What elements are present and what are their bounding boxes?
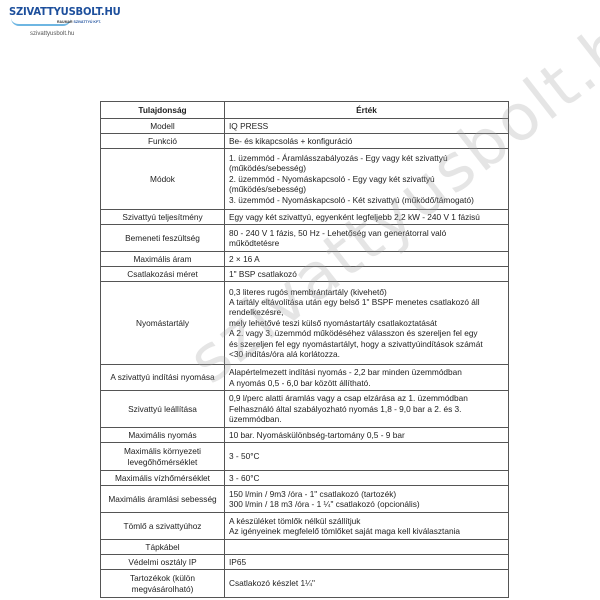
- property-line: Tápkábel: [105, 542, 220, 552]
- table-row: Maximális nyomás10 bar. Nyomáskülönbség-…: [101, 428, 509, 443]
- property-cell: Szivattyú teljesítmény: [101, 210, 225, 225]
- specification-table: Tulajdonság Érték ModellIQ PRESSFunkcióB…: [100, 101, 509, 598]
- table-row: Maximális áramlási sebesség150 l/min / 9…: [101, 486, 509, 513]
- property-line: Maximális áram: [105, 254, 220, 264]
- value-line: 3 - 50°C: [229, 451, 504, 461]
- value-line: Felhasználó által szabályozható nyomás 1…: [229, 404, 504, 414]
- value-cell: Alapértelmezett indítási nyomás - 2,2 ba…: [225, 365, 509, 391]
- property-line: Tartozékok (külön: [105, 573, 220, 583]
- table-row: FunkcióBe- és kikapcsolás + konfiguráció: [101, 134, 509, 149]
- value-line: A készüléket tömlők nélkül szállítjuk: [229, 516, 504, 526]
- value-line: 2. üzemmód - Nyomáskapcsoló - Egy vagy k…: [229, 174, 504, 184]
- value-line: Be- és kikapcsolás + konfiguráció: [229, 136, 504, 146]
- property-cell: Modell: [101, 119, 225, 134]
- table-row: ModellIQ PRESS: [101, 119, 509, 134]
- value-line: 80 - 240 V 1 fázis, 50 Hz - Lehetőség va…: [229, 228, 504, 238]
- table-body: ModellIQ PRESSFunkcióBe- és kikapcsolás …: [101, 119, 509, 598]
- value-line: <30 indítás/óra alá korlátozza.: [229, 349, 504, 359]
- property-cell: Bemeneti feszültség: [101, 225, 225, 252]
- logo-subtitle: RAUMAR SZIVATTYÚ KFT.: [57, 20, 101, 24]
- table-row: A szivattyú indítási nyomásaAlapértelmez…: [101, 365, 509, 391]
- value-cell: 0,9 l/perc alatti áramlás vagy a csap el…: [225, 391, 509, 428]
- property-line: Maximális környezeti: [105, 446, 220, 456]
- table-header-row: Tulajdonság Érték: [101, 102, 509, 119]
- property-cell: Maximális vízhőmérséklet: [101, 471, 225, 486]
- property-cell: Szivattyú leállítása: [101, 391, 225, 428]
- value-line: 2 × 16 A: [229, 254, 504, 264]
- value-line: 1. üzemmód - Áramlásszabályozás - Egy va…: [229, 153, 504, 163]
- value-cell: Be- és kikapcsolás + konfiguráció: [225, 134, 509, 149]
- property-line: Bemeneti feszültség: [105, 233, 220, 243]
- property-line: Funkció: [105, 136, 220, 146]
- value-line: 150 l/min / 9m3 /óra - 1" csatlakozó (ta…: [229, 489, 504, 499]
- value-line: és szereljen fel egy nyomástartályt, hog…: [229, 339, 504, 349]
- property-line: megvásárolható): [105, 584, 220, 594]
- table-row: Csatlakozási méret1" BSP csatlakozó: [101, 267, 509, 282]
- value-cell: 150 l/min / 9m3 /óra - 1" csatlakozó (ta…: [225, 486, 509, 513]
- value-cell: 80 - 240 V 1 fázis, 50 Hz - Lehetőség va…: [225, 225, 509, 252]
- value-line: üzemmódban.: [229, 414, 504, 424]
- property-cell: Védelmi osztály IP: [101, 555, 225, 570]
- property-line: Modell: [105, 121, 220, 131]
- value-line: Az igényeinek megfelelő tömlőket saját m…: [229, 526, 504, 536]
- table-row: Tartozékok (különmegvásárolható)Csatlako…: [101, 570, 509, 598]
- value-line: 0,9 l/perc alatti áramlás vagy a csap el…: [229, 393, 504, 403]
- site-logo[interactable]: SZIVATTYUSBOLT.HU RAUMAR SZIVATTYÚ KFT.: [9, 6, 101, 28]
- property-line: Védelmi osztály IP: [105, 557, 220, 567]
- value-cell: 2 × 16 A: [225, 252, 509, 267]
- table-row: Védelmi osztály IPIP65: [101, 555, 509, 570]
- property-cell: Maximális nyomás: [101, 428, 225, 443]
- property-cell: Maximális áramlási sebesség: [101, 486, 225, 513]
- value-cell: 3 - 50°C: [225, 443, 509, 471]
- value-cell: 10 bar. Nyomáskülönbség-tartomány 0,5 - …: [225, 428, 509, 443]
- column-header-value: Érték: [225, 102, 509, 119]
- column-header-property: Tulajdonság: [101, 102, 225, 119]
- value-line: A nyomás 0,5 - 6,0 bar között állítható.: [229, 378, 504, 388]
- value-line: rendelkezésre,: [229, 307, 504, 317]
- value-line: 3 - 60°C: [229, 473, 504, 483]
- property-line: Tömlő a szivattyúhoz: [105, 521, 220, 531]
- table-row: Módok1. üzemmód - Áramlásszabályozás - E…: [101, 149, 509, 210]
- value-cell: 1" BSP csatlakozó: [225, 267, 509, 282]
- value-cell: 1. üzemmód - Áramlásszabályozás - Egy va…: [225, 149, 509, 210]
- value-cell: Egy vagy két szivattyú, egyenként legfel…: [225, 210, 509, 225]
- property-cell: Maximális áram: [101, 252, 225, 267]
- value-line: IQ PRESS: [229, 121, 504, 131]
- value-line: 10 bar. Nyomáskülönbség-tartomány 0,5 - …: [229, 430, 504, 440]
- logo-subtitle-left: RAUMAR: [57, 20, 74, 24]
- value-cell: [225, 540, 509, 555]
- value-line: A 2. vagy 3. üzemmód működéséhez válassz…: [229, 328, 504, 338]
- value-cell: IQ PRESS: [225, 119, 509, 134]
- value-line: A tartály eltávolítása után egy belső 1"…: [229, 297, 504, 307]
- value-line: IP65: [229, 557, 504, 567]
- value-line: 1" BSP csatlakozó: [229, 269, 504, 279]
- property-cell: Módok: [101, 149, 225, 210]
- table-row: Maximális vízhőmérséklet3 - 60°C: [101, 471, 509, 486]
- property-cell: Maximális környezetilevegőhőmérséklet: [101, 443, 225, 471]
- property-line: Szivattyú leállítása: [105, 404, 220, 414]
- value-cell: Csatlakozó készlet 1¼": [225, 570, 509, 598]
- property-cell: Tömlő a szivattyúhoz: [101, 513, 225, 540]
- property-cell: A szivattyú indítási nyomása: [101, 365, 225, 391]
- property-line: Nyomástartály: [105, 318, 220, 328]
- table-row: Bemeneti feszültség80 - 240 V 1 fázis, 5…: [101, 225, 509, 252]
- site-url: szivattyusbolt.hu: [30, 31, 74, 37]
- property-cell: Tartozékok (különmegvásárolható): [101, 570, 225, 598]
- logo-text: SZIVATTYUSBOLT.HU: [9, 6, 121, 18]
- table-row: Szivattyú teljesítményEgy vagy két sziva…: [101, 210, 509, 225]
- property-line: Csatlakozási méret: [105, 269, 220, 279]
- property-line: Szivattyú teljesítmény: [105, 212, 220, 222]
- property-cell: Tápkábel: [101, 540, 225, 555]
- value-line: 0,3 literes rugós membrántartály (kivehe…: [229, 287, 504, 297]
- table-row: Tömlő a szivattyúhozA készüléket tömlők …: [101, 513, 509, 540]
- value-cell: A készüléket tömlők nélkül szállítjukAz …: [225, 513, 509, 540]
- value-line: Alapértelmezett indítási nyomás - 2,2 ba…: [229, 367, 504, 377]
- property-line: levegőhőmérséklet: [105, 457, 220, 467]
- value-cell: 0,3 literes rugós membrántartály (kivehe…: [225, 282, 509, 365]
- table-row: Tápkábel: [101, 540, 509, 555]
- value-cell: 3 - 60°C: [225, 471, 509, 486]
- value-line: mely lehetővé teszi külső nyomástartály …: [229, 318, 504, 328]
- value-line: 300 l/min / 18 m3 /óra - 1 ¼" csatlakozó…: [229, 499, 504, 509]
- value-line: 3. üzemmód - Nyomáskapcsoló - Két szivat…: [229, 195, 504, 205]
- value-line: Egy vagy két szivattyú, egyenként legfel…: [229, 212, 504, 222]
- property-line: Maximális vízhőmérséklet: [105, 473, 220, 483]
- property-line: A szivattyú indítási nyomása: [105, 372, 220, 382]
- value-line: (működés/sebesség): [229, 184, 504, 194]
- property-line: Maximális nyomás: [105, 430, 220, 440]
- property-cell: Nyomástartály: [101, 282, 225, 365]
- value-line: működtetésre: [229, 238, 504, 248]
- property-line: Módok: [105, 174, 220, 184]
- value-cell: IP65: [225, 555, 509, 570]
- table-row: Szivattyú leállítása0,9 l/perc alatti ár…: [101, 391, 509, 428]
- table-row: Maximális áram2 × 16 A: [101, 252, 509, 267]
- table-row: Nyomástartály0,3 literes rugós membránta…: [101, 282, 509, 365]
- property-cell: Funkció: [101, 134, 225, 149]
- property-cell: Csatlakozási méret: [101, 267, 225, 282]
- property-line: Maximális áramlási sebesség: [105, 494, 220, 504]
- value-line: Csatlakozó készlet 1¼": [229, 578, 504, 588]
- table-row: Maximális környezetilevegőhőmérséklet3 -…: [101, 443, 509, 471]
- value-line: (működés/sebesség): [229, 163, 504, 173]
- logo-subtitle-right: SZIVATTYÚ KFT.: [74, 20, 101, 24]
